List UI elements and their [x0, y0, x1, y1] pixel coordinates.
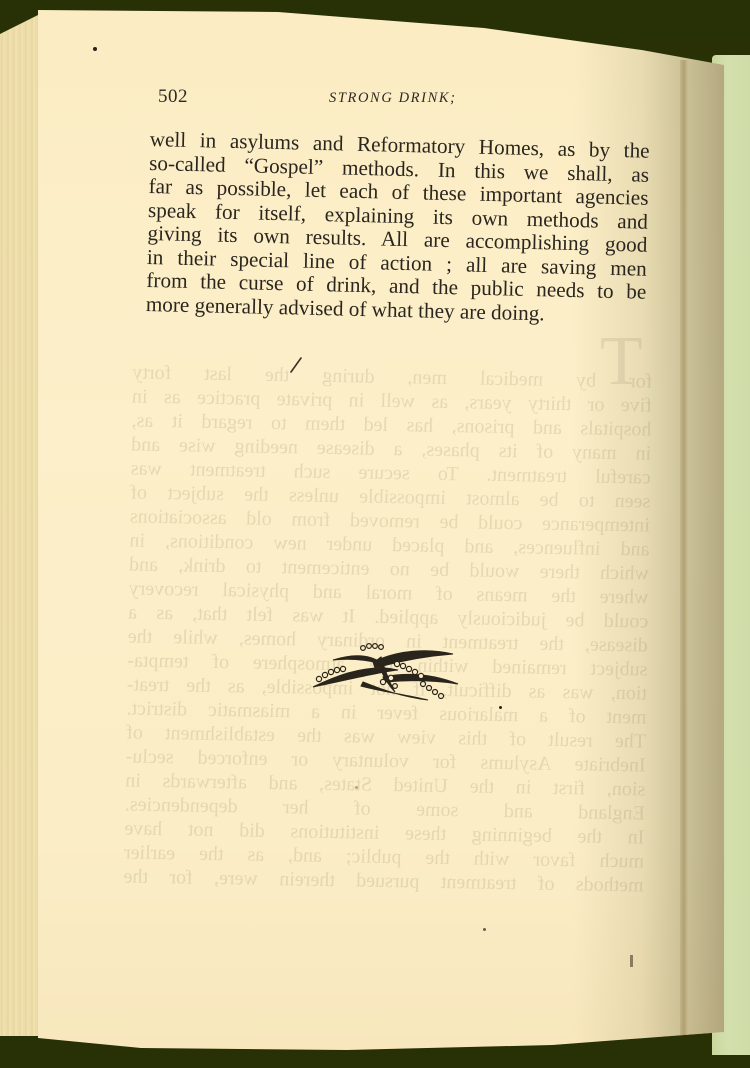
running-head: 502 STRONG DRINK;	[158, 86, 638, 110]
pencil-stroke-mark	[289, 357, 303, 373]
page-stack-edge	[0, 14, 40, 1036]
ink-speck	[93, 47, 97, 51]
ink-speck	[355, 786, 358, 789]
ink-speck	[483, 928, 486, 931]
body-paragraph: well in asylums and Reformatory Homes, a…	[146, 128, 650, 328]
page-number: 502	[158, 86, 188, 108]
page-gutter-shadow	[680, 60, 688, 1035]
ink-mark	[630, 955, 633, 967]
ink-speck	[499, 706, 502, 709]
bleed-through-text: for by medical men, during the last fort…	[123, 361, 652, 898]
running-title: STRONG DRINK;	[329, 90, 457, 107]
lily-of-the-valley-ornament-icon	[303, 642, 463, 702]
